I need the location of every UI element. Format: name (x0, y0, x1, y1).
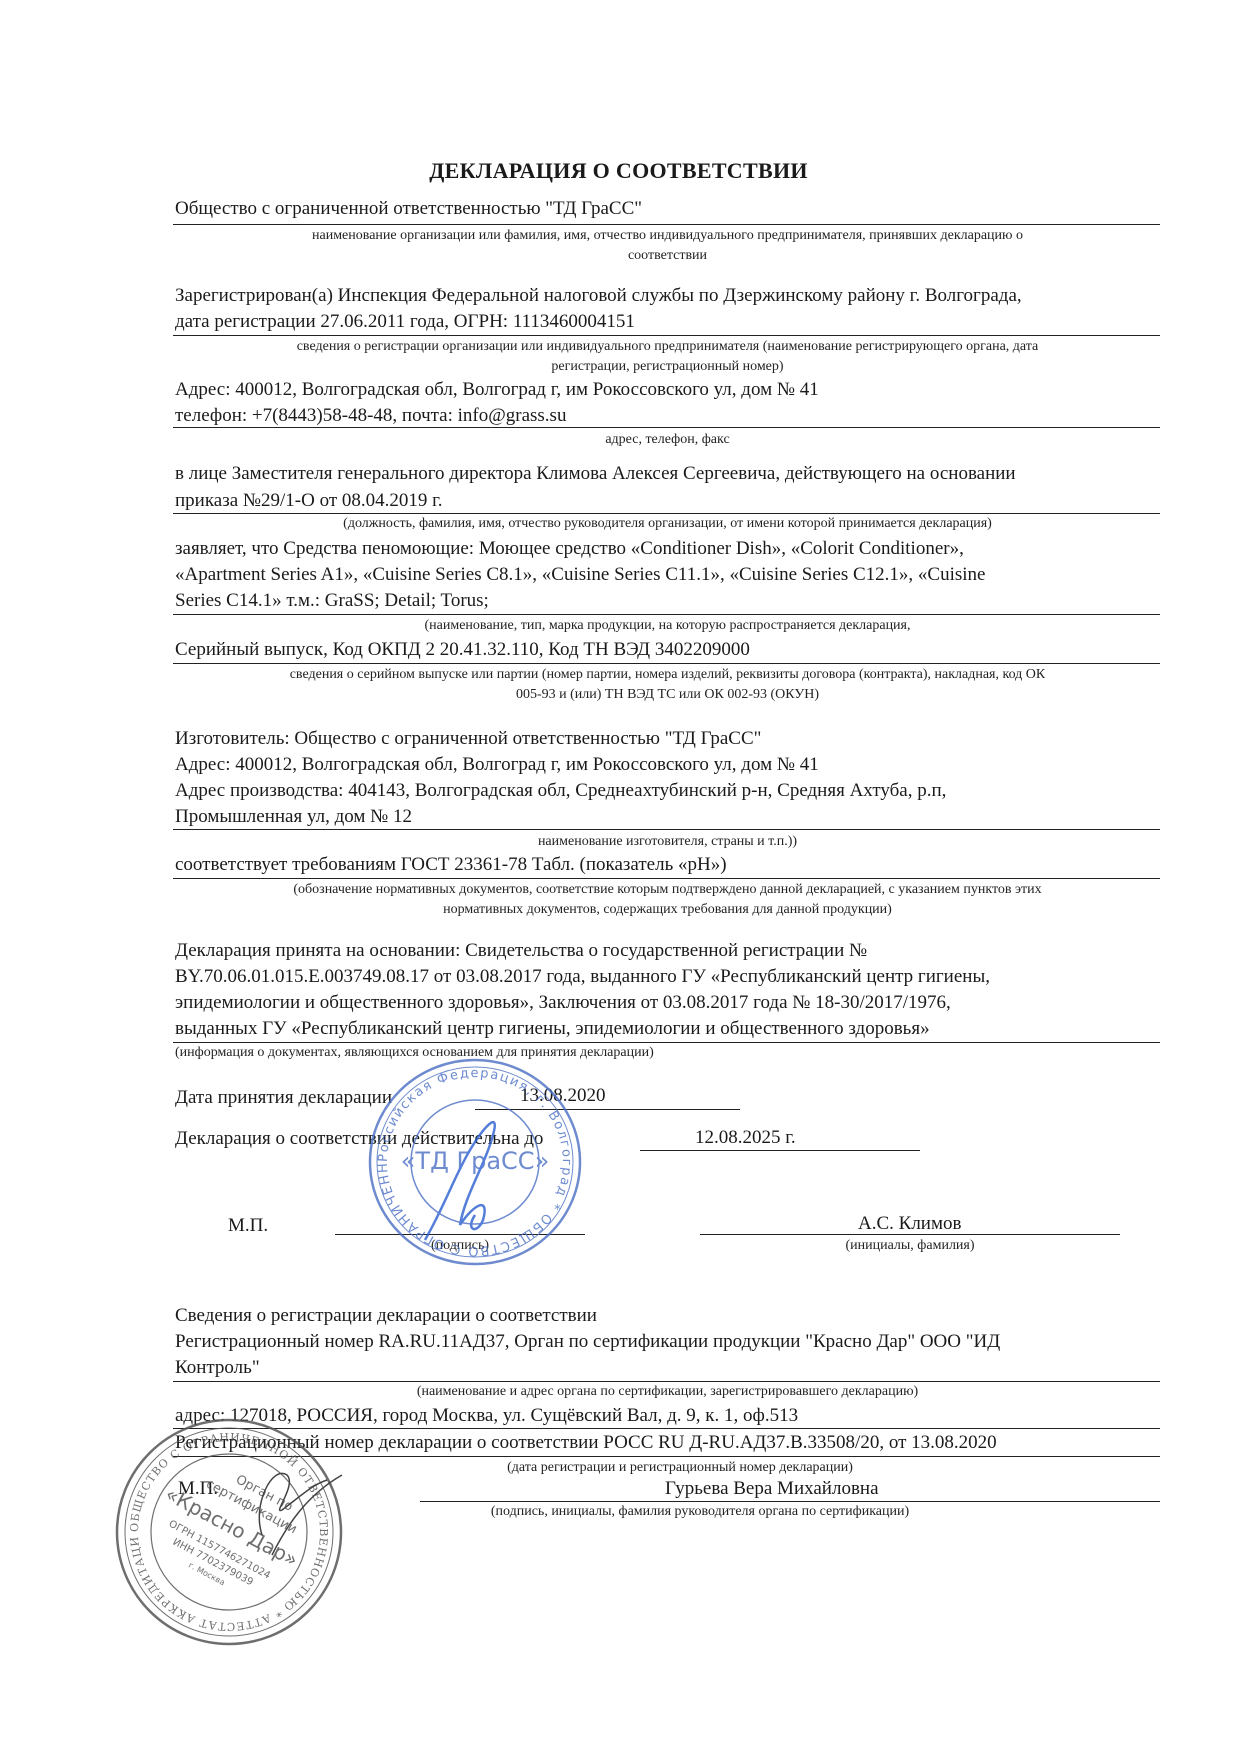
certification-caption: (наименование и адрес органа по сертифик… (175, 1382, 1160, 1402)
manufacturer-line: Адрес производства: 404143, Волгоградска… (175, 778, 1160, 804)
applicant-name: Общество с ограниченной ответственностью… (175, 196, 1160, 222)
certification-line: Контроль" (175, 1355, 1160, 1381)
manufacturer-line: Адрес: 400012, Волгоградская обл, Волгог… (175, 752, 1160, 778)
certification-heading: Сведения о регистрации декларации о соот… (175, 1303, 1160, 1329)
seal-label: М.П. (228, 1213, 268, 1239)
product-line: Series C14.1» т.м.: GraSS; Detail; Torus… (175, 588, 1160, 614)
product-caption: (наименование, тип, марка продукции, на … (175, 616, 1160, 636)
divider (173, 224, 1160, 225)
document-title: ДЕКЛАРАЦИЯ О СООТВЕТСТВИИ (0, 158, 1237, 184)
divider (173, 427, 1160, 428)
standard-line: соответствует требованиям ГОСТ 23361-78 … (175, 852, 1160, 878)
product-line: заявляет, что Средства пеномоющие: Моюще… (175, 536, 1160, 562)
serial-caption: 005-93 и (или) ТН ВЭД ТС или ОК 002-93 (… (175, 685, 1160, 705)
serial-line: Серийный выпуск, Код ОКПД 2 20.41.32.110… (175, 637, 1160, 663)
address-line: Адрес: 400012, Волгоградская обл, Волгог… (175, 377, 1160, 403)
svg-text:«ТД ГраСС»: «ТД ГраСС» (401, 1147, 550, 1175)
applicant-caption: наименование организации или фамилия, им… (175, 226, 1160, 246)
registration-line: дата регистрации 27.06.2011 года, ОГРН: … (175, 309, 1160, 335)
cert-head-caption: (подпись, инициалы, фамилия руководителя… (420, 1502, 980, 1522)
representative-line: в лице Заместителя генерального директор… (175, 461, 1160, 487)
manufacturer-caption: наименование изготовителя, страны и т.п.… (175, 832, 1160, 852)
registration-caption: сведения о регистрации организации или и… (175, 337, 1160, 357)
basis-line: Декларация принята на основании: Свидете… (175, 938, 1160, 964)
certification-line: Регистрационный номер RA.RU.11АД37, Орга… (175, 1329, 1160, 1355)
stamp-icon: ОБЩЕСТВО С ОГРАНИЧЕННОЙ ОТВЕТСТВЕННОСТЬЮ… (112, 1415, 347, 1650)
applicant-caption: соответствии (175, 246, 1160, 266)
basis-line: BY.70.06.01.015.E.003749.08.17 от 03.08.… (175, 964, 1160, 990)
basis-line: выданных ГУ «Республиканский центр гигие… (175, 1016, 1160, 1042)
manufacturer-line: Промышленная ул, дом № 12 (175, 804, 1160, 830)
registration-caption: регистрации, регистрационный номер) (175, 357, 1160, 377)
registration-line: Зарегистрирован(а) Инспекция Федеральной… (175, 283, 1160, 309)
divider (173, 663, 1160, 664)
divider (173, 335, 1160, 336)
divider (173, 614, 1160, 615)
declaration-page: ДЕКЛАРАЦИЯ О СООТВЕТСТВИИ Общество с огр… (0, 0, 1237, 1763)
standard-caption: (обозначение нормативных документов, соо… (175, 880, 1160, 900)
contacts-caption: адрес, телефон, факс (175, 430, 1160, 450)
valid-until-value: 12.08.2025 г. (695, 1125, 796, 1151)
signer-line (700, 1234, 1120, 1235)
signer-caption: (инициалы, фамилия) (700, 1238, 1120, 1254)
manufacturer-line: Изготовитель: Общество с ограниченной от… (175, 726, 1160, 752)
basis-line: эпидемиологии и общественного здоровья»,… (175, 990, 1160, 1016)
representative-line: приказа №29/1-О от 08.04.2019 г. (175, 488, 1160, 514)
representative-caption: (должность, фамилия, имя, отчество руков… (175, 514, 1160, 534)
standard-caption: нормативных документов, содержащих требо… (175, 900, 1160, 920)
serial-caption: сведения о серийном выпуске или партии (… (175, 665, 1160, 685)
company-stamp: Российская Федерация, г. Волгоград * ОБЩ… (365, 1055, 585, 1270)
basis-caption: (информация о документах, являющихся осн… (175, 1043, 1160, 1063)
cert-body-stamp: ОБЩЕСТВО С ОГРАНИЧЕННОЙ ОТВЕТСТВЕННОСТЬЮ… (112, 1415, 347, 1650)
reg-number-caption: (дата регистрации и регистрационный номе… (420, 1458, 940, 1478)
product-line: «Apartment Series A1», «Cuisine Series C… (175, 562, 1160, 588)
cert-head-name: Гурьева Вера Михайловна (665, 1476, 879, 1502)
divider (173, 878, 1160, 879)
stamp-icon: Российская Федерация, г. Волгоград * ОБЩ… (365, 1055, 585, 1270)
divider (173, 829, 1160, 830)
contacts-line: телефон: +7(8443)58-48-48, почта: info@g… (175, 403, 1160, 429)
accepted-date-label: Дата принятия декларации (175, 1085, 392, 1111)
